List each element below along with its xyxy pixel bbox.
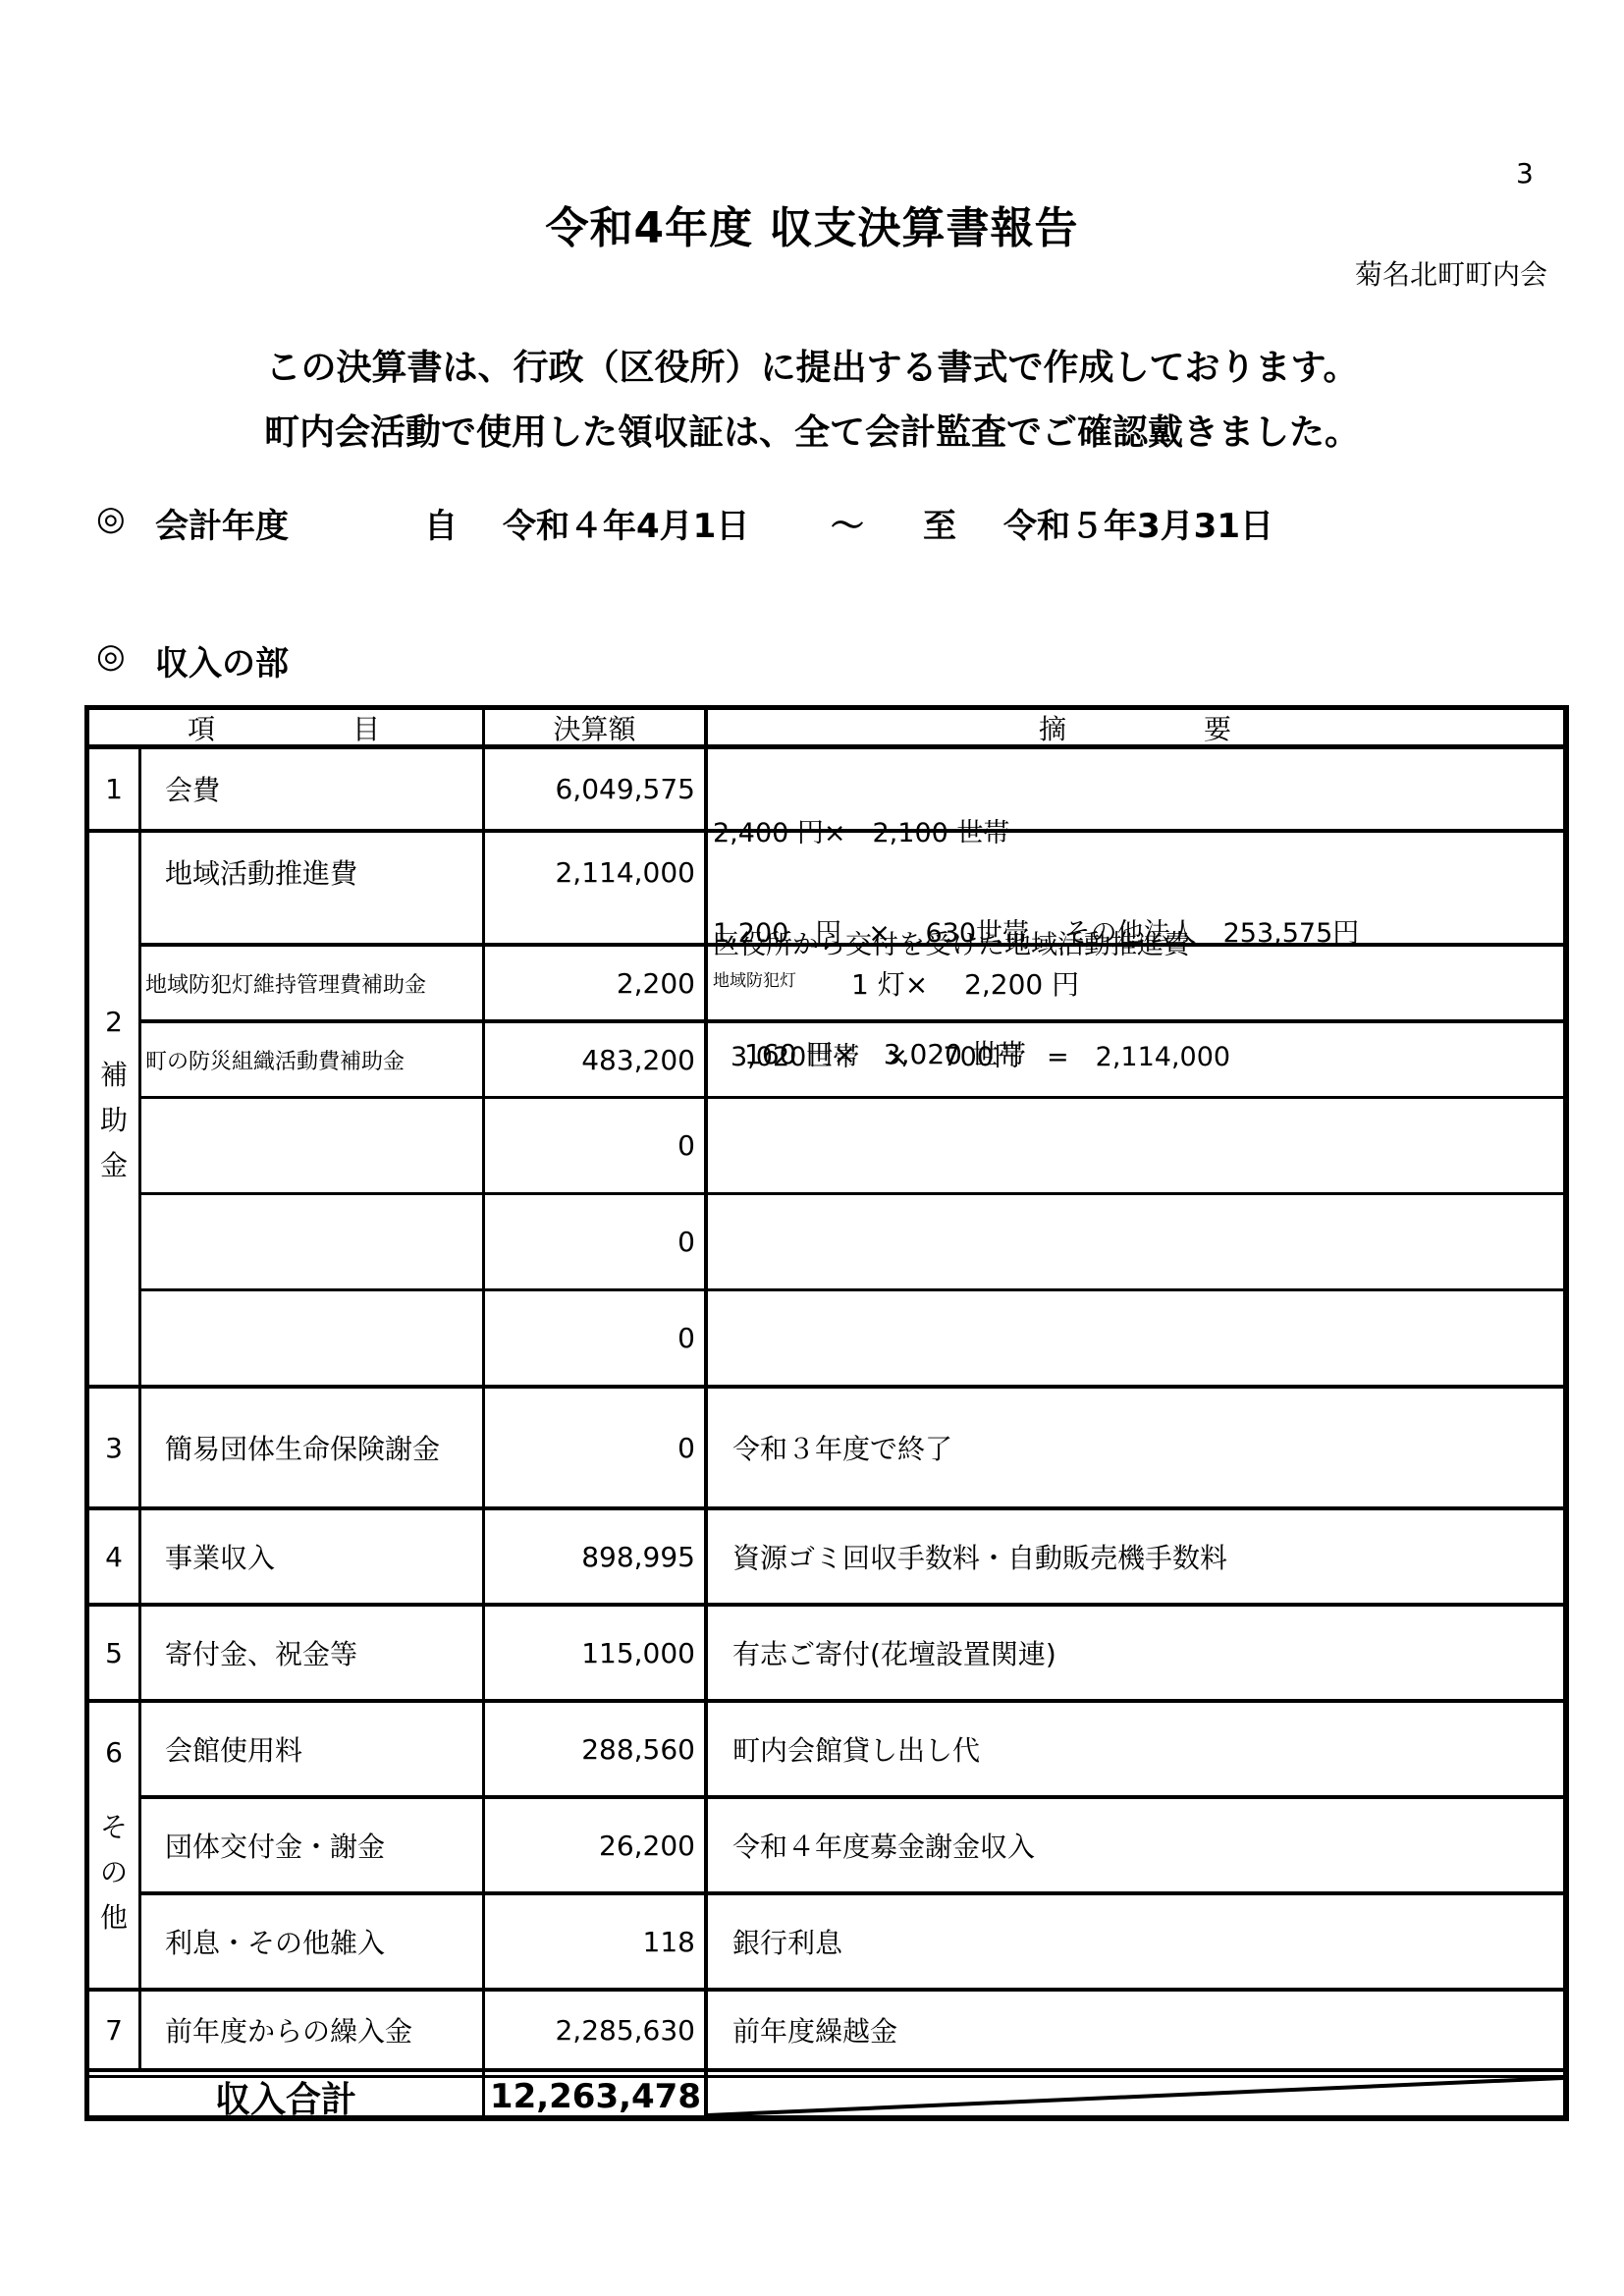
table-row-amount: 2,200 — [485, 947, 705, 1019]
remarks-line: 1 灯× 2,200 円 — [851, 963, 1079, 1003]
bullet-icon: ◎ — [96, 499, 126, 538]
table-row-remarks: 前年度繰越金 — [707, 1992, 1563, 2068]
table-row-remarks: 令和３年度で終了 — [707, 1389, 1563, 1506]
notice-line-1: この決算書は、行政（区役所）に提出する書式で作成しております。 — [0, 340, 1624, 390]
table-row-item — [141, 1291, 483, 1385]
period-separator: ～ — [831, 499, 864, 547]
remarks-prefix: 地域防犯灯 — [713, 966, 796, 991]
table-row-remarks: 有志ご寄付(花壇設置関連) — [707, 1607, 1563, 1699]
table-row-amount: 0 — [485, 1389, 705, 1506]
table-row-amount: 2,114,000 — [485, 833, 705, 911]
column-header-amount: 決算額 — [484, 709, 705, 746]
column-header-item: 項 目 — [84, 709, 483, 746]
diagonal-strike-line — [707, 2076, 1563, 2117]
table-row-amount: 0 — [485, 1099, 705, 1192]
table-row-amount: 288,560 — [485, 1703, 705, 1795]
table-row-amount: 898,995 — [485, 1510, 705, 1603]
table-row-amount: 2,285,630 — [485, 1992, 705, 2068]
group-label-char: 助 — [100, 1098, 128, 1143]
page-number: 3 — [1516, 157, 1534, 190]
table-row-remarks: 地域防犯灯 1 灯× 2,200 円 — [713, 947, 1557, 1019]
table-row-remarks: 令和４年度募金謝金収入 — [707, 1799, 1563, 1891]
group-number: 5 — [88, 1607, 139, 1699]
table-row-amount: 0 — [485, 1195, 705, 1288]
table-row-remarks — [707, 1195, 1563, 1288]
table-row-item: 地域活動推進費 — [141, 833, 483, 911]
group-number-2: 2 補 助 金 — [88, 1000, 139, 1385]
group-number: 1 — [88, 748, 139, 829]
table-row-remarks: 銀行利息 — [707, 1895, 1563, 1988]
column-header-remarks: 摘 要 — [707, 709, 1563, 746]
table-row-remarks — [707, 1291, 1563, 1385]
table-row-remarks: 資源ゴミ回収手数料・自動販売機手数料 — [707, 1510, 1563, 1603]
table-row-amount: 115,000 — [485, 1607, 705, 1699]
table-row-amount: 26,200 — [485, 1799, 705, 1891]
group-number: 2 — [105, 1000, 123, 1045]
table-row-item: 会館使用料 — [141, 1703, 483, 1795]
total-amount: 12,263,478 — [485, 2078, 705, 2115]
to-date: 令和５年3月31日 — [1003, 499, 1273, 547]
group-label-char: の — [100, 1850, 128, 1895]
table-row-item: 会費 — [141, 748, 483, 829]
income-table: 項 目 決算額 摘 要 1 2 補 助 金 3 4 5 6 そ の 他 7 会費… — [84, 705, 1569, 2121]
group-label-char: 他 — [100, 1895, 128, 1941]
table-row-item: 事業収入 — [141, 1510, 483, 1603]
total-label: 収入合計 — [88, 2078, 483, 2115]
notice-line-2: 町内会活動で使用した領収証は、全て会計監査でご確認戴きました。 — [0, 405, 1624, 455]
group-number: 7 — [88, 1992, 139, 2068]
bullet-icon: ◎ — [96, 636, 126, 676]
group-label-char: 補 — [100, 1053, 128, 1098]
from-label: 自 — [424, 499, 458, 547]
table-row-remarks: 160 円× 3,020 世帯 — [744, 1023, 1549, 1082]
table-row-remarks: 町内会館貸し出し代 — [707, 1703, 1563, 1795]
page-title: 令和4年度 収支決算書報告 — [0, 192, 1624, 255]
table-row-item: 前年度からの繰入金 — [141, 1992, 483, 2068]
group-number: 4 — [88, 1510, 139, 1603]
to-label: 至 — [923, 499, 956, 547]
table-row-item: 簡易団体生命保険謝金 — [141, 1389, 483, 1506]
table-row-remarks — [707, 1099, 1563, 1192]
table-row-amount: 0 — [485, 1291, 705, 1385]
table-row-amount: 6,049,575 — [485, 748, 705, 829]
table-row-item: 利息・その他雑入 — [141, 1895, 483, 1988]
table-row-item: 団体交付金・謝金 — [141, 1799, 483, 1891]
table-row-item: 地域防犯灯維持管理費補助金 — [145, 947, 483, 1019]
remarks-line: 2,400 円× 2,100 世帯 — [713, 817, 1359, 850]
table-border-right — [1563, 705, 1569, 2121]
fiscal-period-label: 会計年度 — [155, 499, 289, 547]
group-label-char: 金 — [100, 1143, 128, 1188]
table-row-item — [141, 1099, 483, 1192]
table-row-item: 寄付金、祝金等 — [141, 1607, 483, 1699]
group-number: 6 — [105, 1730, 123, 1776]
table-row-amount: 118 — [485, 1895, 705, 1988]
table-row-item: 町の防災組織活動費補助金 — [145, 1023, 483, 1096]
group-number: 3 — [88, 1389, 139, 1506]
group-label-char: そ — [100, 1805, 128, 1850]
group-number-6: 6 そ の 他 — [88, 1730, 139, 1986]
table-row-item — [141, 1195, 483, 1288]
from-date: 令和４年4月1日 — [503, 499, 749, 547]
organization-name: 菊名北町町内会 — [1355, 253, 1547, 293]
income-section-title: 収入の部 — [155, 636, 289, 684]
table-row-amount: 483,200 — [485, 1023, 705, 1096]
